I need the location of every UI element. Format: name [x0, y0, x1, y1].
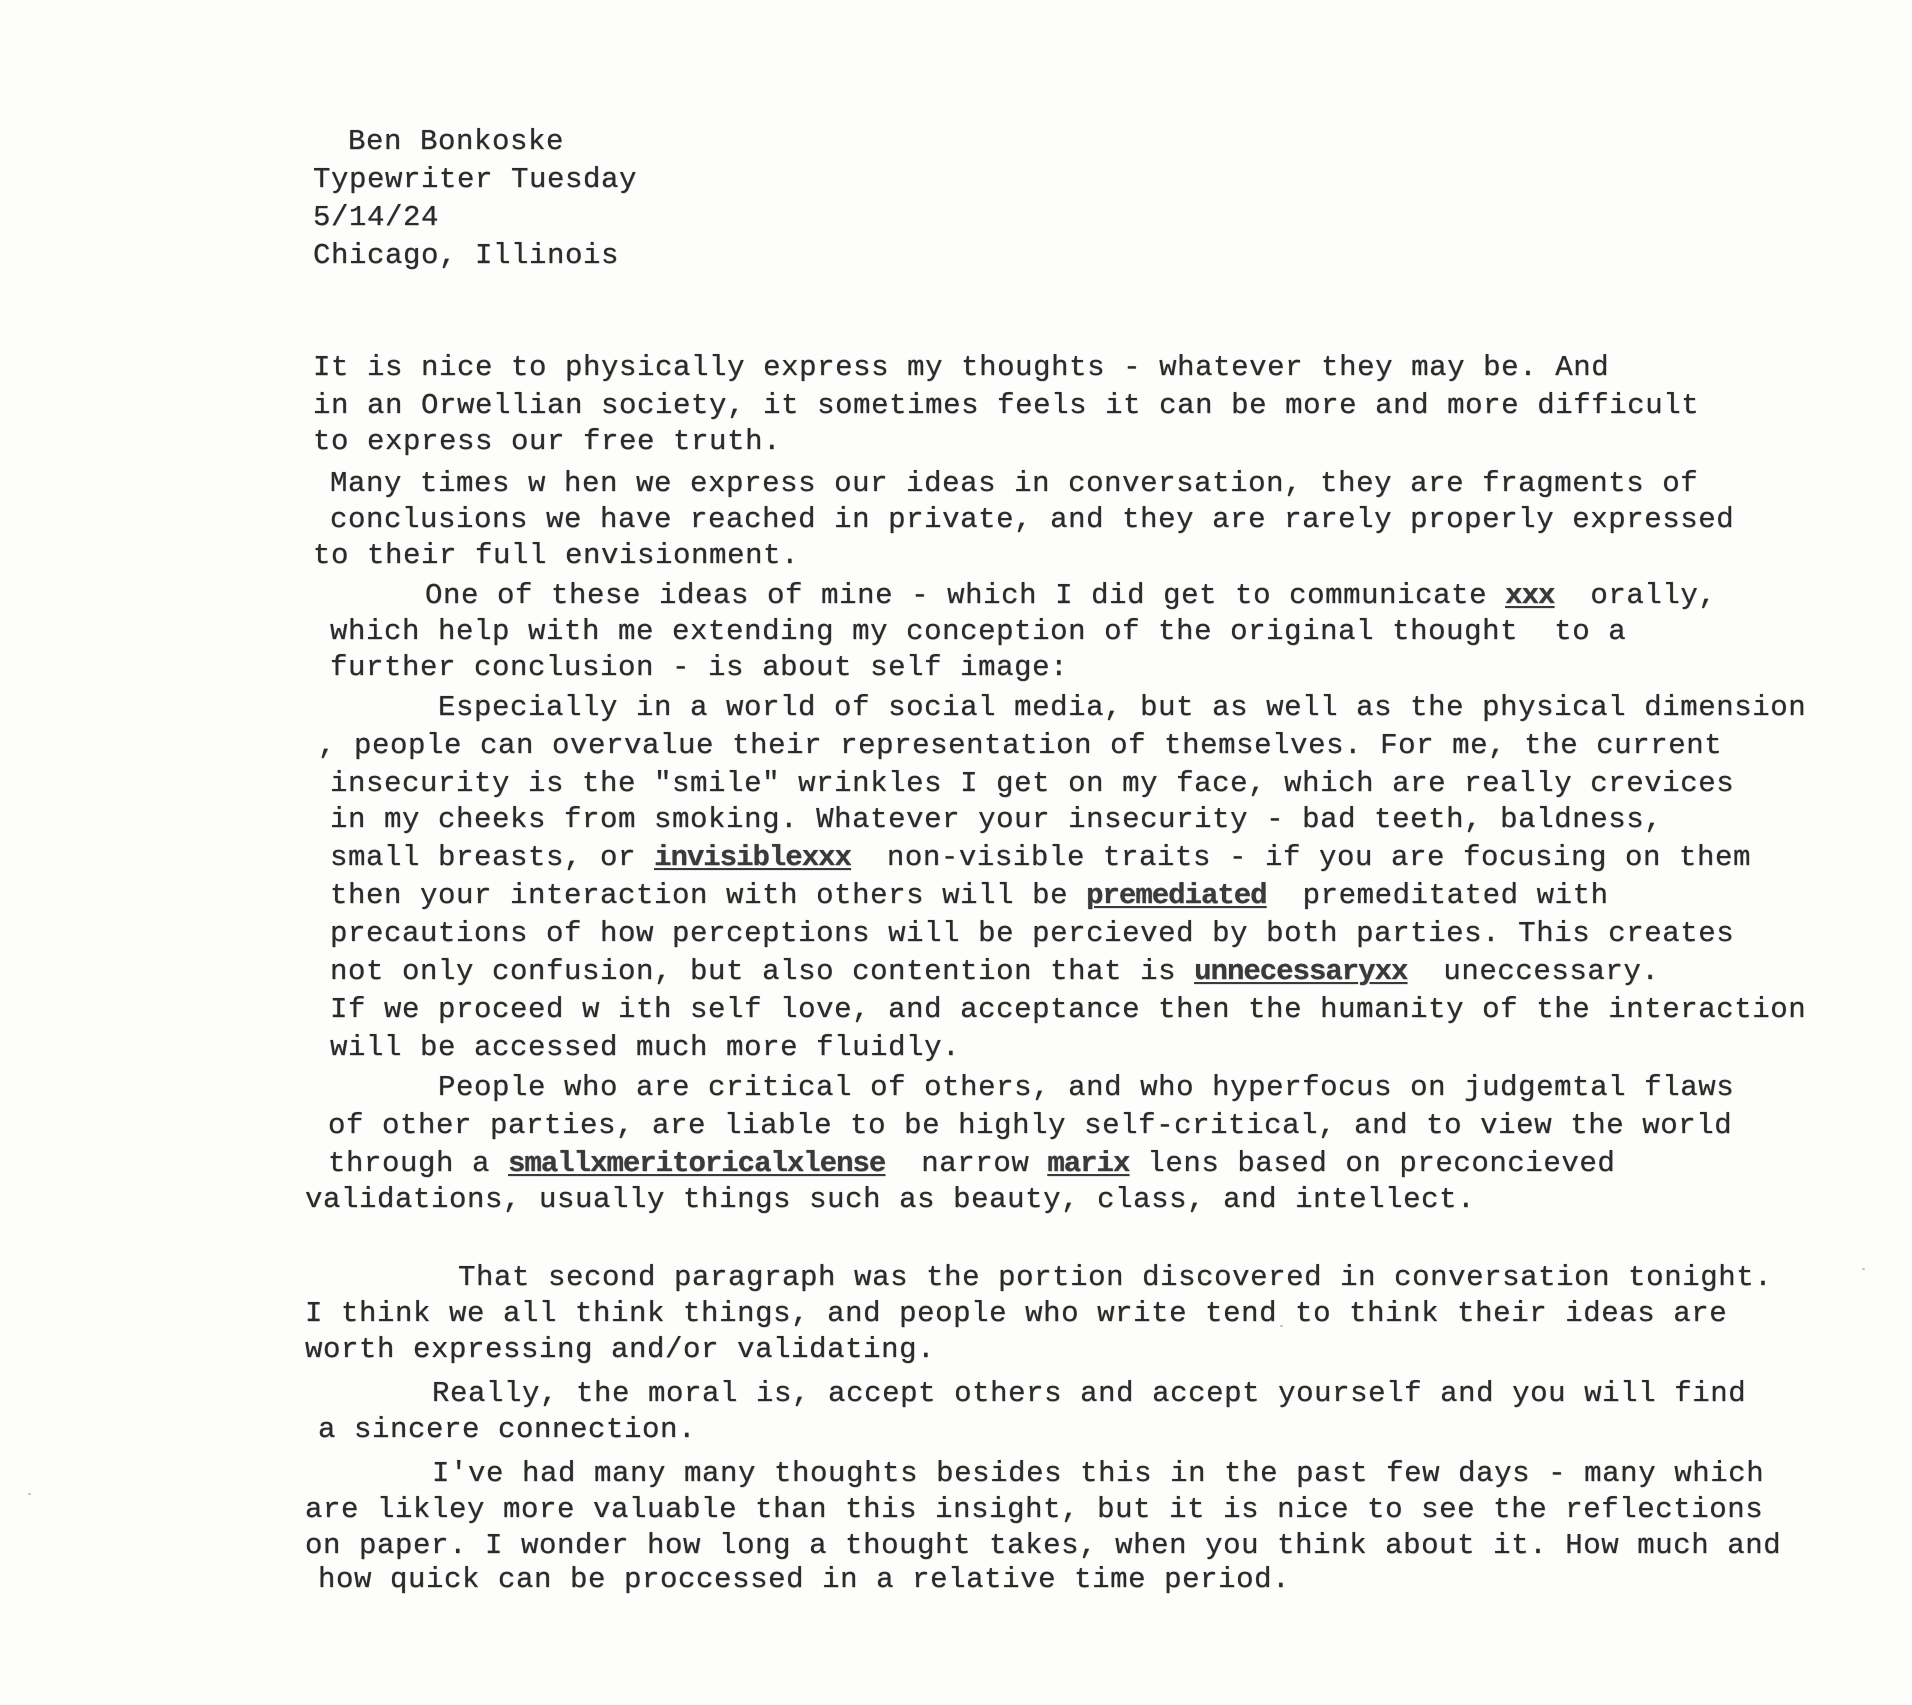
line-text: further conclusion - is about self image…	[330, 651, 1068, 684]
line-text: Especially in a world of social media, b…	[438, 691, 1806, 724]
text-line: to their full envisionment.	[313, 538, 799, 574]
text-line: That second paragraph was the portion di…	[458, 1260, 1772, 1296]
text-line: worth expressing and/or validating.	[305, 1332, 935, 1368]
text-line: not only confusion, but also contention …	[330, 954, 1659, 990]
text-line: are likley more valuable than this insig…	[305, 1492, 1763, 1528]
line-text: will be accessed much more fluidly.	[330, 1031, 960, 1064]
line-text: lens based on preconcieved	[1129, 1147, 1615, 1180]
text-line: through a smallxmeritoricalxlense narrow…	[328, 1146, 1615, 1182]
text-line: precautions of how perceptions will be p…	[330, 916, 1734, 952]
line-text: of other parties, are liable to be highl…	[328, 1109, 1732, 1142]
line-text: narrow	[885, 1147, 1047, 1180]
line-text: in my cheeks from smoking. Whatever your…	[330, 803, 1662, 836]
line-text: non-visible traits - if you are focusing…	[851, 841, 1751, 874]
paper-speck	[1280, 1325, 1283, 1327]
line-text: conclusions we have reached in private, …	[330, 503, 1734, 536]
author-name: Ben Bonkoske	[348, 124, 564, 160]
struck-out-text: xxx	[1505, 579, 1554, 612]
text-line: a sincere connection.	[318, 1412, 696, 1448]
text-line: validations, usually things such as beau…	[305, 1182, 1475, 1218]
text-line: to express our free truth.	[313, 424, 781, 460]
text-line: of other parties, are liable to be highl…	[328, 1108, 1732, 1144]
location: Chicago, Illinois	[313, 238, 619, 274]
line-text: through a	[328, 1147, 508, 1180]
line-text: That second paragraph was the portion di…	[458, 1261, 1772, 1294]
text-line: Many times w hen we express our ideas in…	[330, 466, 1698, 502]
line-text: how quick can be proccessed in a relativ…	[318, 1563, 1290, 1596]
text-line: in an Orwellian society, it sometimes fe…	[313, 388, 1699, 424]
text-line: in my cheeks from smoking. Whatever your…	[330, 802, 1662, 838]
text-line: It is nice to physically express my thou…	[313, 350, 1609, 386]
line-text: orally,	[1554, 579, 1716, 612]
line-text: It is nice to physically express my thou…	[313, 351, 1609, 384]
text-line: Really, the moral is, accept others and …	[432, 1376, 1746, 1412]
text-line: I've had many many thoughts besides this…	[432, 1456, 1764, 1492]
text-line: I think we all think things, and people …	[305, 1296, 1727, 1332]
line-text: insecurity is the "smile" wrinkles I get…	[330, 767, 1734, 800]
line-text: Many times w hen we express our ideas in…	[330, 467, 1698, 500]
text-line: If we proceed w ith self love, and accep…	[330, 992, 1806, 1028]
line-text: worth expressing and/or validating.	[305, 1333, 935, 1366]
line-text: If we proceed w ith self love, and accep…	[330, 993, 1806, 1026]
paper-speck	[1090, 370, 1093, 372]
line-text: Really, the moral is, accept others and …	[432, 1377, 1746, 1410]
struck-out-text: premediated	[1086, 879, 1266, 912]
text-line: conclusions we have reached in private, …	[330, 502, 1734, 538]
text-line: One of these ideas of mine - which I did…	[425, 578, 1716, 614]
line-text: validations, usually things such as beau…	[305, 1183, 1475, 1216]
line-text: not only confusion, but also contention …	[330, 955, 1194, 988]
line-text: People who are critical of others, and w…	[438, 1071, 1734, 1104]
line-text: I've had many many thoughts besides this…	[432, 1457, 1764, 1490]
line-text: to express our free truth.	[313, 425, 781, 458]
text-line: , people can overvalue their representat…	[318, 728, 1722, 764]
series-title: Typewriter Tuesday	[313, 162, 637, 198]
text-line: how quick can be proccessed in a relativ…	[318, 1562, 1290, 1598]
line-text: which help with me extending my concepti…	[330, 615, 1626, 648]
date: 5/14/24	[313, 200, 439, 236]
text-line: insecurity is the "smile" wrinkles I get…	[330, 766, 1734, 802]
line-text: uneccessary.	[1407, 955, 1659, 988]
line-text: premeditated with	[1267, 879, 1609, 912]
text-line: on paper. I wonder how long a thought ta…	[305, 1528, 1781, 1564]
line-text: to their full envisionment.	[313, 539, 799, 572]
line-text: , people can overvalue their representat…	[318, 729, 1722, 762]
line-text: then your interaction with others will b…	[330, 879, 1086, 912]
line-text: I think we all think things, and people …	[305, 1297, 1727, 1330]
line-text: a sincere connection.	[318, 1413, 696, 1446]
paper-speck	[28, 1493, 31, 1495]
struck-out-text: unnecessaryxx	[1194, 955, 1407, 988]
line-text: on paper. I wonder how long a thought ta…	[305, 1529, 1781, 1562]
text-line: further conclusion - is about self image…	[330, 650, 1068, 686]
text-line: will be accessed much more fluidly.	[330, 1030, 960, 1066]
struck-out-text: invisiblexxx	[654, 841, 851, 874]
line-text: small breasts, or	[330, 841, 654, 874]
line-text: precautions of how perceptions will be p…	[330, 917, 1734, 950]
text-line: Especially in a world of social media, b…	[438, 690, 1806, 726]
text-line: small breasts, or invisiblexxx non-visib…	[330, 840, 1751, 876]
struck-out-text: smallxmeritoricalxlense	[508, 1147, 885, 1180]
typewritten-page: Ben Bonkoske Typewriter Tuesday 5/14/24 …	[0, 0, 1912, 1705]
line-text: One of these ideas of mine - which I did…	[425, 579, 1505, 612]
text-line: People who are critical of others, and w…	[438, 1070, 1734, 1106]
text-line: then your interaction with others will b…	[330, 878, 1609, 914]
text-line: which help with me extending my concepti…	[330, 614, 1626, 650]
struck-out-text: marix	[1047, 1147, 1129, 1180]
paper-speck	[1862, 1268, 1865, 1270]
line-text: are likley more valuable than this insig…	[305, 1493, 1763, 1526]
line-text: in an Orwellian society, it sometimes fe…	[313, 389, 1699, 422]
